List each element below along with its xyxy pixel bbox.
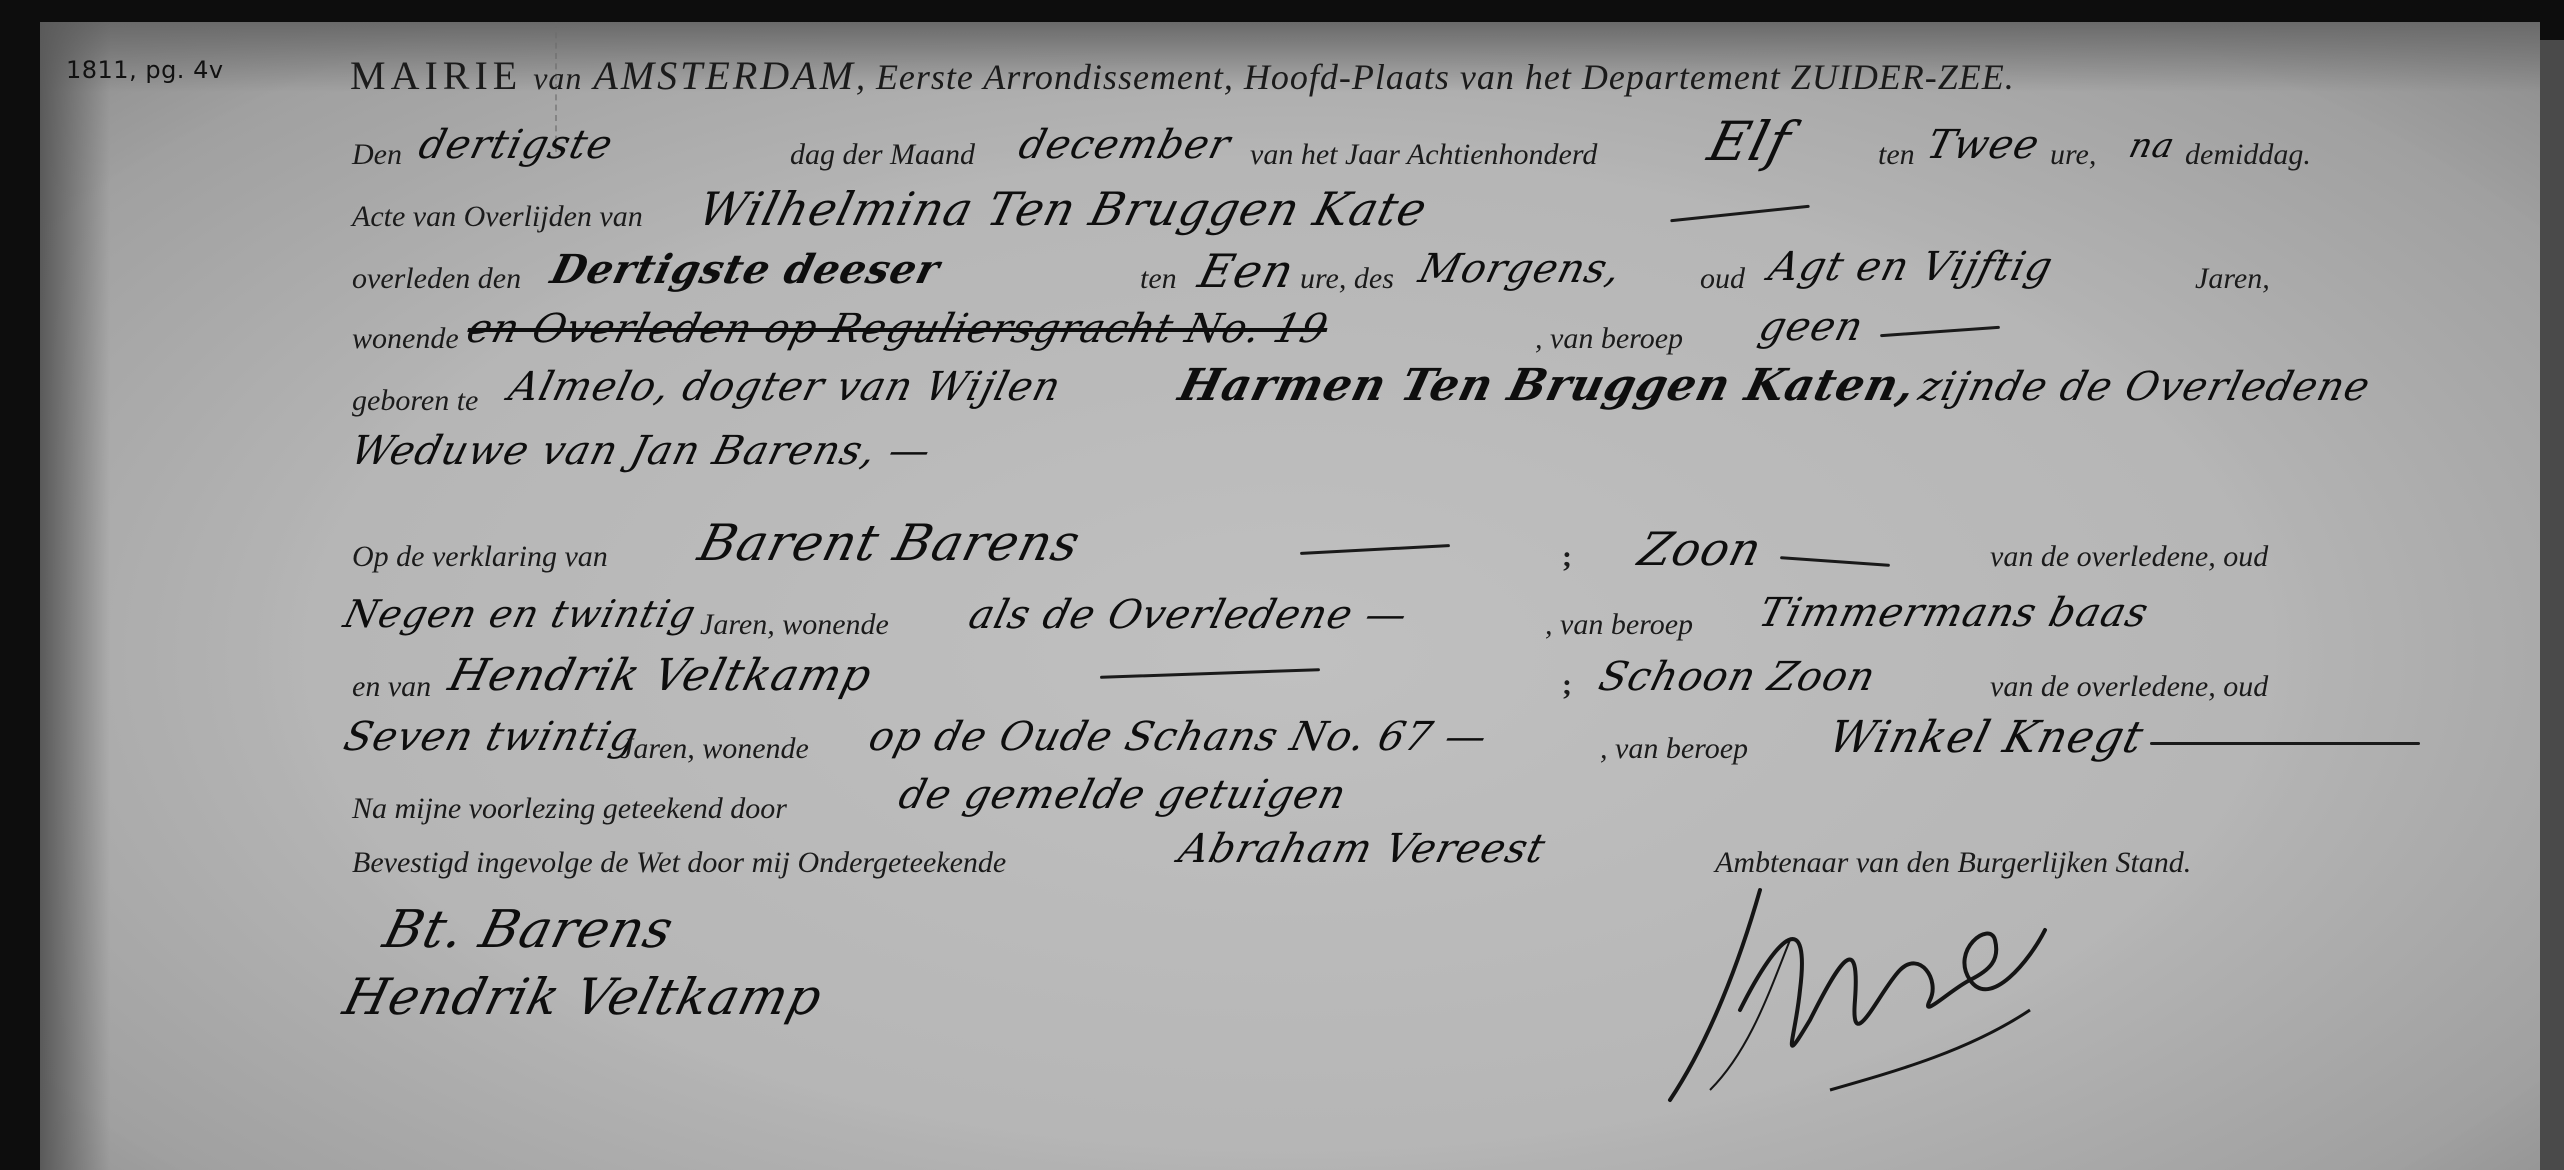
line8-residence-handwritten: als de Overledene — [964,592,1412,638]
line3-ten: ten [1140,262,1177,296]
line3-morgens-handwritten: Morgens, [1414,246,1626,292]
line3-oud: oud [1700,262,1745,296]
line1-den: Den [352,138,402,172]
line11-voorlezing: Na mijne voorlezing geteekend door [352,792,787,826]
header-mairie: MAIRIE van AMSTERDAM, Eerste Arrondissem… [350,52,2015,99]
line10-jaren-wonende: Jaren, wonende [620,732,809,766]
line1-year-text: van het Jaar Achtienhonderd [1250,138,1597,172]
line2-acte-label: Acte van Overlijden van [352,200,643,234]
left-shadow [40,22,110,1170]
line9-relation-handwritten: Schoon Zoon [1594,654,1880,700]
official-signature: Vereest [1650,870,2070,1110]
line8-occupation-handwritten: Timmermans baas [1754,590,2153,636]
line9-en-van: en van [352,670,431,704]
line11-getuigen-handwritten: de gemelde getuigen [894,772,1351,818]
line1-ten: ten [1878,138,1915,172]
line1-month-handwritten: december [1014,122,1235,168]
line1-ure: ure, [2050,138,2096,172]
line7-relation-handwritten: Zoon [1633,522,1767,576]
witness1-signature: Bt. Barens [378,900,680,960]
line7-semicolon: ; [1562,540,1572,574]
line7-verklaring: Op de verklaring van [352,540,608,574]
line3-overleden-den: overleden den [352,262,521,296]
line4-address-handwritten: en Overleden op Reguliersgracht No. 19 [462,306,1333,352]
line12-bevestigd: Bevestigd ingevolge de Wet door mij Onde… [352,846,1006,880]
line3-ure-des: ure, des [1300,262,1394,296]
line4-occupation-handwritten: geen [1754,304,1868,350]
page-label: 1811, pg. 4v [66,56,224,84]
line5-geboren-te: geboren te [352,384,478,418]
line4-wonende: wonende [352,322,459,356]
line7-van-de-overledene: van de overledene, oud [1990,540,2268,574]
header-van-text: van [533,60,582,96]
header-mairie-text: MAIRIE [350,53,522,98]
line3-hour-handwritten: Een [1193,244,1300,298]
line10-flourish [2150,742,2420,745]
line10-occupation-handwritten: Winkel Knegt [1824,712,2149,763]
line3-age-handwritten: Agt en Vijftig [1764,244,2058,290]
line1-demiddag: demiddag. [2185,138,2311,172]
line5-birthplace-handwritten: Almelo, dogter van Wijlen [504,364,1066,410]
witness2-signature: Hendrik Veltkamp [338,968,829,1026]
line9-witness2-name: Hendrik Veltkamp [444,650,878,701]
line12-official-name-handwritten: Abraham Vereest [1174,826,1550,872]
line8-age-handwritten: Negen en twintig [340,592,701,636]
line1-day-handwritten: dertigste [414,122,618,168]
line8-jaren-wonende: Jaren, wonende [700,608,889,642]
line1-maand: dag der Maand [790,138,975,172]
line10-residence-handwritten: op de Oude Schans No. 67 — [864,714,1492,760]
line1-hour-handwritten: Twee [1922,122,2044,168]
line5-father-handwritten: Harmen Ten Bruggen Katen, [1174,360,1921,411]
line6-widow-handwritten: Weduwe van Jan Barens, — [346,428,936,474]
line5-zijnde-handwritten: zijnde de Overledene [1914,364,2375,410]
official-signature-glyph [1650,870,2070,1110]
line10-van-beroep: , van beroep [1600,732,1748,766]
line4-van-beroep: , van beroep [1535,322,1683,356]
header-city-text: AMSTERDAM [593,53,856,98]
line9-van-de-overledene: van de overledene, oud [1990,670,2268,704]
line8-van-beroep: , van beroep [1545,608,1693,642]
line3-jaren: Jaren, [2195,262,2270,296]
line10-age-handwritten: Seven twintig [339,714,643,760]
header-rest-text: , Eerste Arrondissement, Hoofd-Plaats va… [856,57,2015,97]
line1-year-handwritten: Elf [1702,110,1797,173]
line7-witness1-name: Barent Barens [693,514,1087,572]
line3-day-handwritten: Dertigste deeser [546,246,945,293]
line9-semicolon: ; [1562,668,1572,702]
binding-edge [2540,40,2564,1170]
line2-deceased-name: Wilhelmina Ten Bruggen Kate [693,182,1433,236]
